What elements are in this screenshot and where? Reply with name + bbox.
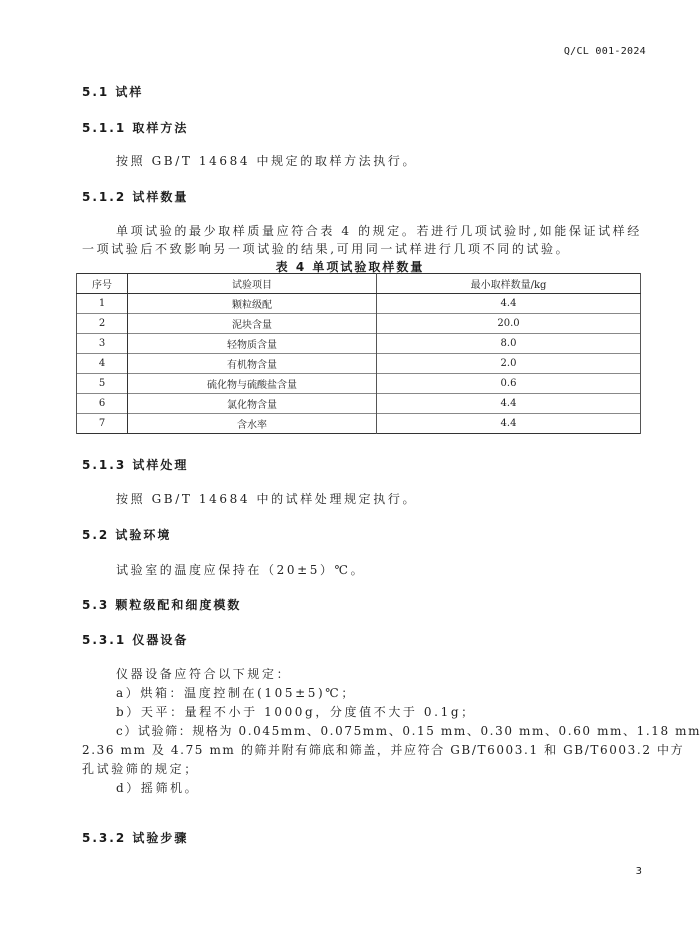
section-5-1-1-title: 5.1.1 取样方法 — [82, 119, 188, 136]
table-row: 6 氯化物含量 4.4 — [77, 394, 641, 414]
section-5-3-1-title: 5.3.1 仪器设备 — [82, 631, 188, 648]
cell-index: 7 — [77, 414, 128, 434]
section-5-3-2-title: 5.3.2 试验步骤 — [82, 829, 188, 846]
table-row: 1 颗粒级配 4.4 — [77, 294, 641, 314]
section-5-3-title: 5.3 颗粒级配和细度模数 — [82, 596, 241, 613]
section-5-1-3-title: 5.1.3 试样处理 — [82, 456, 188, 473]
section-5-1-2-title: 5.1.2 试样数量 — [82, 188, 188, 205]
cell-index: 2 — [77, 314, 128, 334]
equipment-intro: 仪器设备应符合以下规定： — [116, 665, 291, 682]
table-row: 5 硫化物与硫酸盐含量 0.6 — [77, 374, 641, 394]
section-5-1-3-text: 按照 GB/T 14684 中的试样处理规定执行。 — [116, 490, 417, 507]
cell-test-item: 含水率 — [128, 414, 377, 434]
header-min-quantity: 最小取样数量/kg — [377, 274, 641, 294]
cell-min-quantity: 8.0 — [377, 334, 641, 354]
cell-min-quantity: 0.6 — [377, 374, 641, 394]
table-header-row: 序号 试验项目 最小取样数量/kg — [77, 274, 641, 294]
header-index: 序号 — [77, 274, 128, 294]
cell-index: 6 — [77, 394, 128, 414]
cell-index: 3 — [77, 334, 128, 354]
table-row: 2 泥块含量 20.0 — [77, 314, 641, 334]
cell-min-quantity: 2.0 — [377, 354, 641, 374]
cell-index: 4 — [77, 354, 128, 374]
document-number: Q/CL 001-2024 — [564, 46, 646, 57]
cell-min-quantity: 20.0 — [377, 314, 641, 334]
cell-test-item: 轻物质含量 — [128, 334, 377, 354]
cell-min-quantity: 4.4 — [377, 294, 641, 314]
cell-test-item: 泥块含量 — [128, 314, 377, 334]
section-5-1-2-text-line1: 单项试验的最少取样质量应符合表 4 的规定。若进行几项试验时,如能保证试样经 — [116, 222, 642, 239]
equipment-item-c-line2: 2.36 mm 及 4.75 mm 的筛并附有筛底和筛盖，并应符合 GB/T60… — [82, 741, 684, 758]
cell-min-quantity: 4.4 — [377, 414, 641, 434]
equipment-item-a: a）烘箱：温度控制在(105±5)℃； — [116, 684, 356, 701]
section-5-2-text: 试验室的温度应保持在（20±5）℃。 — [116, 561, 365, 578]
cell-test-item: 硫化物与硫酸盐含量 — [128, 374, 377, 394]
equipment-item-b: b）天平：量程不小于 1000g，分度值不大于 0.1g； — [116, 703, 476, 720]
page-number: 3 — [636, 866, 642, 877]
cell-index: 1 — [77, 294, 128, 314]
equipment-item-c-line3: 孔试验筛的规定； — [82, 760, 199, 777]
table-4: 序号 试验项目 最小取样数量/kg 1 颗粒级配 4.4 2 泥块含量 20.0… — [76, 273, 641, 434]
cell-min-quantity: 4.4 — [377, 394, 641, 414]
equipment-item-d: d）摇筛机。 — [116, 779, 199, 796]
table-row: 7 含水率 4.4 — [77, 414, 641, 434]
cell-index: 5 — [77, 374, 128, 394]
section-5-1-1-text: 按照 GB/T 14684 中规定的取样方法执行。 — [116, 152, 417, 169]
cell-test-item: 颗粒级配 — [128, 294, 377, 314]
table-row: 3 轻物质含量 8.0 — [77, 334, 641, 354]
cell-test-item: 氯化物含量 — [128, 394, 377, 414]
table-row: 4 有机物含量 2.0 — [77, 354, 641, 374]
equipment-item-c-line1: c）试验筛：规格为 0.045mm、0.075mm、0.15 mm、0.30 m… — [116, 722, 700, 739]
cell-test-item: 有机物含量 — [128, 354, 377, 374]
section-5-1-title: 5.1 试样 — [82, 83, 143, 100]
header-test-item: 试验项目 — [128, 274, 377, 294]
section-5-2-title: 5.2 试验环境 — [82, 526, 171, 543]
section-5-1-2-text-line2: 一项试验后不致影响另一项试验的结果,可用同一试样进行几项不同的试验。 — [82, 240, 570, 257]
